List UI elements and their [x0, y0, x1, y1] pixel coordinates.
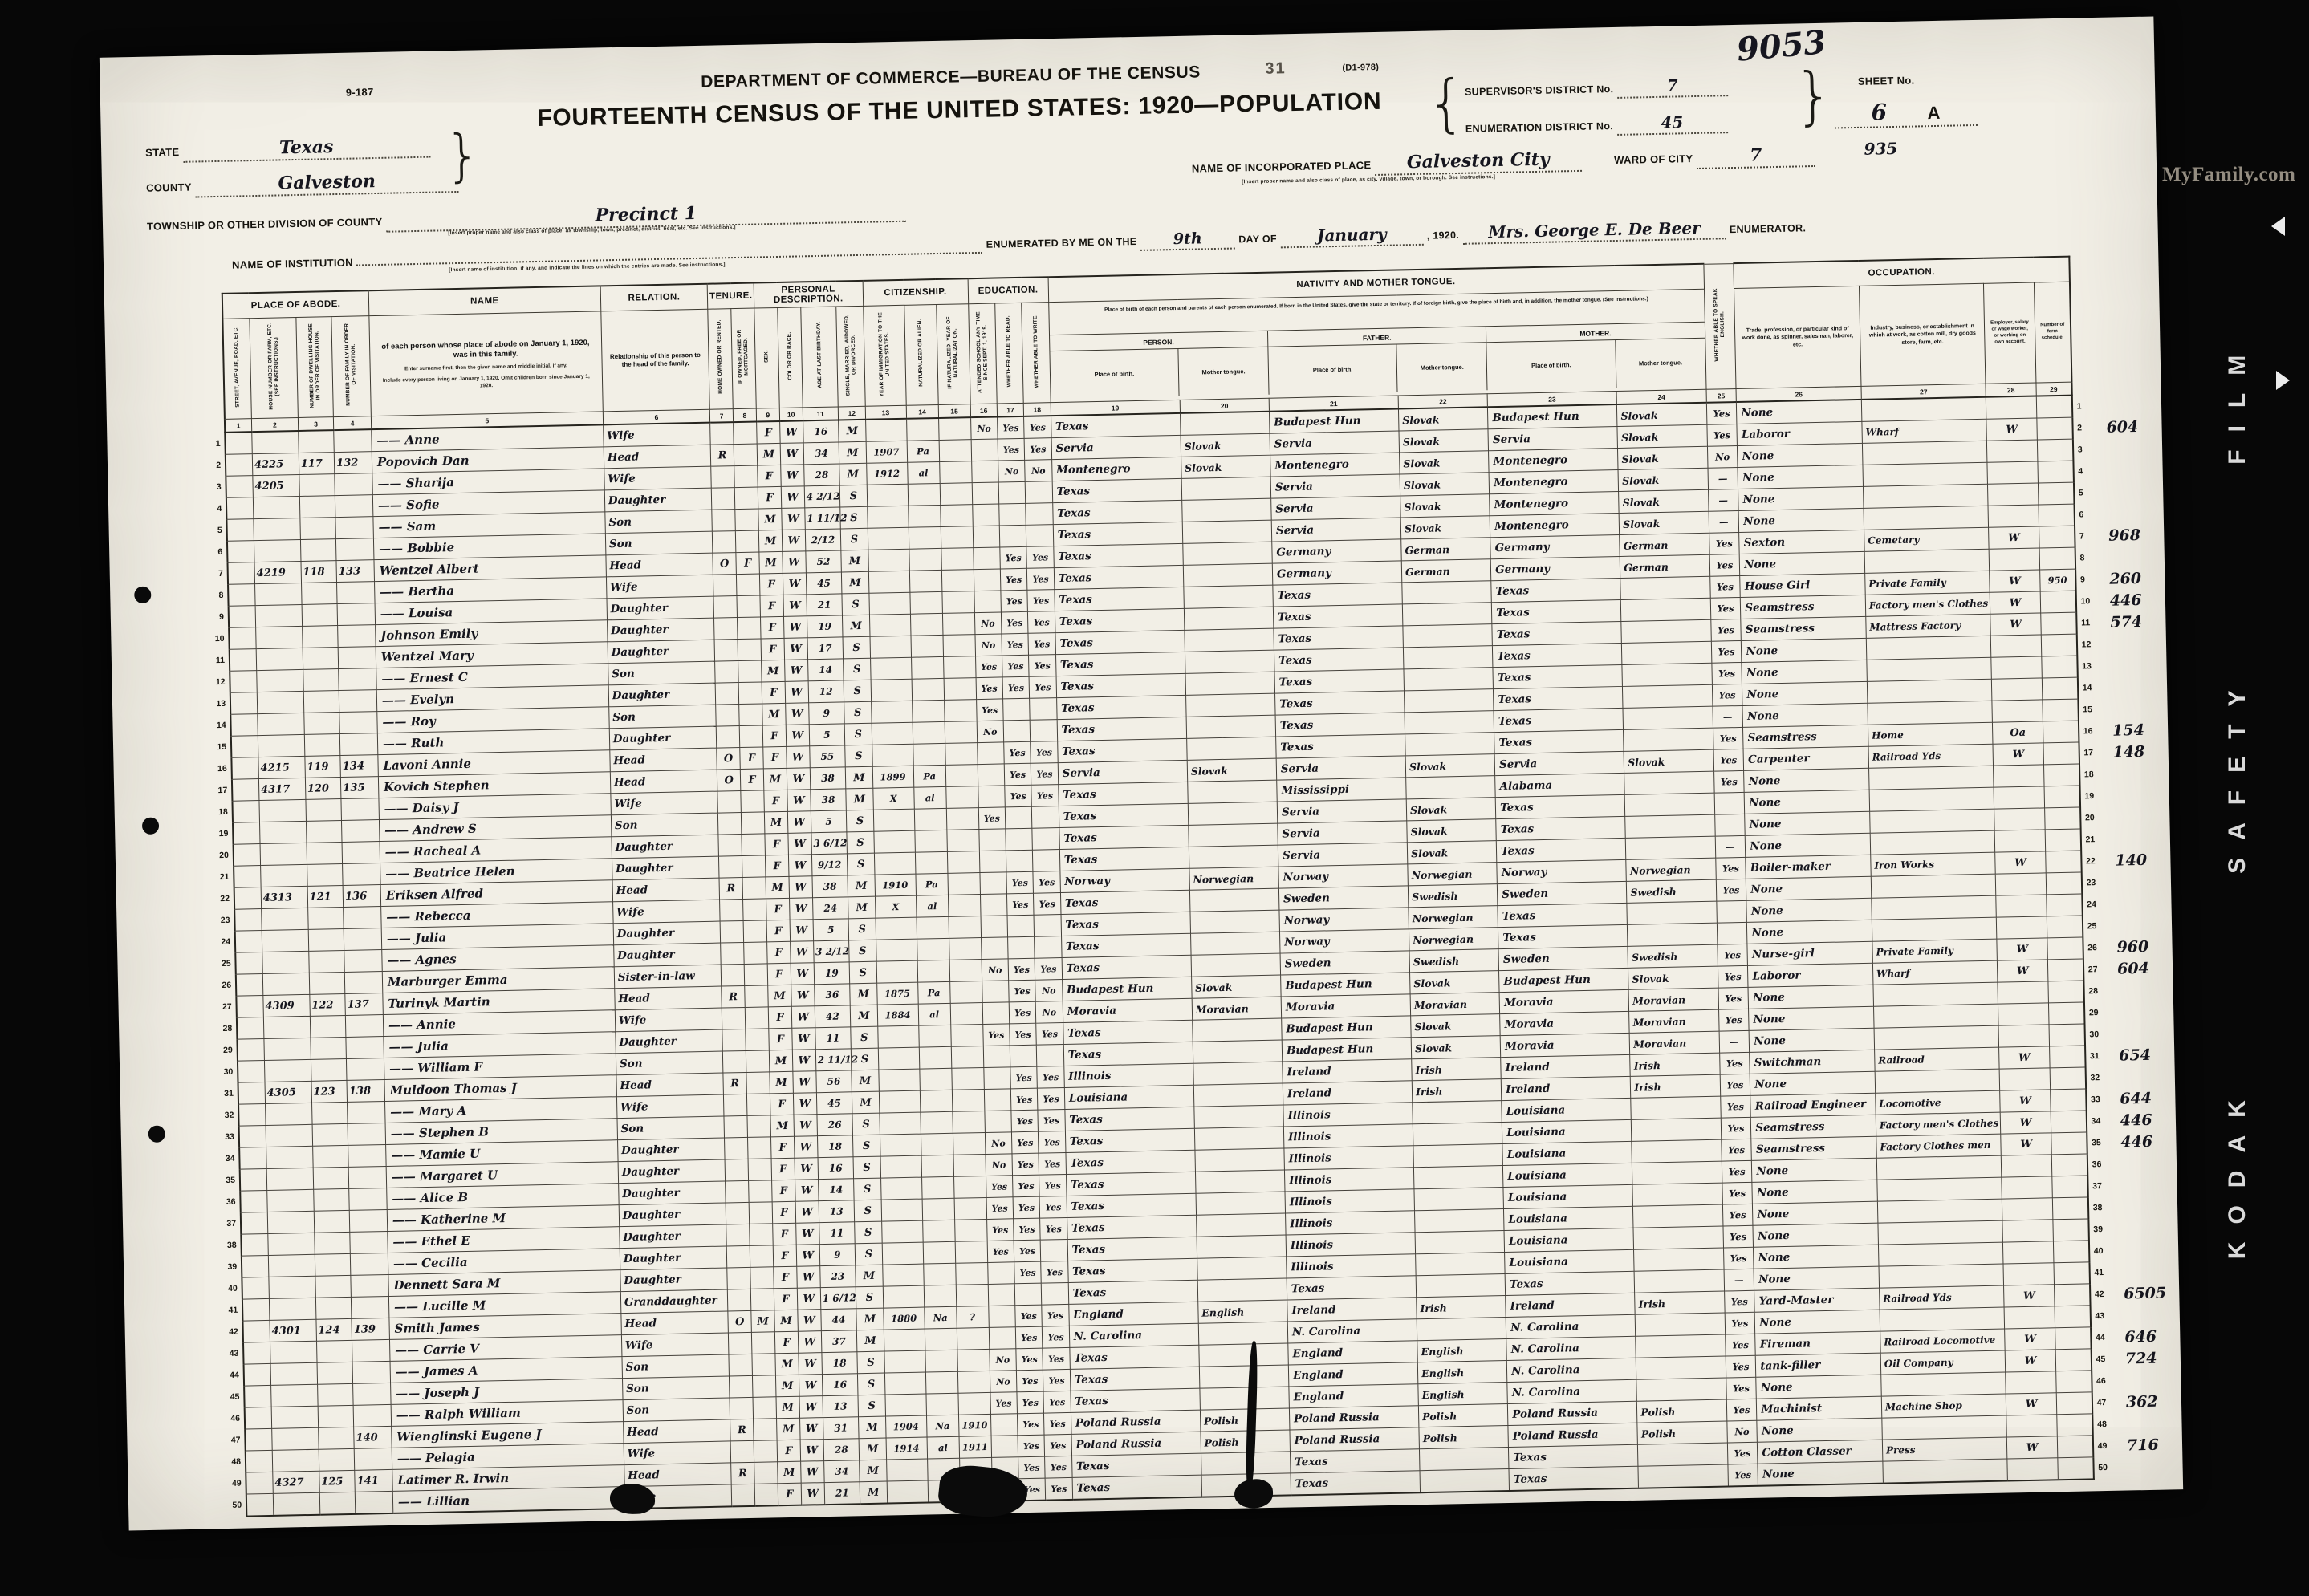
line-number: 50	[222, 1494, 247, 1517]
cell: Texas	[1274, 691, 1405, 715]
cell: Head	[606, 553, 713, 577]
cell: 38	[812, 875, 848, 898]
cell: None	[1756, 1375, 1881, 1399]
margin-handwritten-number	[2107, 784, 2170, 807]
col-industry: Industry, business, or establishment in …	[1859, 283, 1986, 386]
cell: 1910	[958, 1414, 991, 1436]
cell	[745, 1007, 768, 1029]
cell: ?	[956, 1306, 989, 1328]
cell	[880, 1155, 922, 1178]
cell	[911, 635, 944, 657]
cell: Montenegro	[1489, 469, 1619, 493]
cell	[1880, 1307, 2005, 1331]
cell: W	[784, 660, 807, 682]
cell: Sweden	[1498, 881, 1628, 905]
cell: W	[794, 1115, 817, 1137]
cell	[225, 432, 252, 454]
cell: Yes	[1706, 402, 1737, 424]
margin-handwritten-number	[2100, 481, 2164, 504]
margin-handwritten-number: 644	[2112, 1087, 2176, 1111]
cell	[917, 916, 949, 939]
cell	[227, 541, 254, 563]
cell: Switchman	[1750, 1050, 1875, 1074]
cell	[1040, 1239, 1067, 1261]
cell: M	[839, 463, 867, 485]
cell: Yes	[1038, 1110, 1065, 1132]
cell	[882, 1264, 924, 1286]
cell	[1416, 1274, 1506, 1298]
cell	[270, 1362, 317, 1385]
cell: Yes	[1016, 1370, 1043, 1392]
cell	[722, 1029, 746, 1051]
cell: 19	[814, 962, 850, 985]
cell	[306, 821, 342, 843]
cell: Yes	[982, 1024, 1010, 1046]
cell: Daughter	[620, 1268, 728, 1292]
cell	[255, 604, 302, 627]
cell	[231, 757, 258, 780]
cell: Yes	[986, 1197, 1014, 1220]
cell	[738, 682, 762, 705]
cell	[884, 1350, 925, 1373]
cell	[998, 481, 1026, 504]
cell: W	[1993, 743, 2043, 766]
cell	[739, 725, 762, 748]
cell	[1991, 635, 2042, 657]
cell	[988, 1306, 1015, 1328]
cell	[920, 1090, 953, 1112]
cell: S	[848, 853, 875, 875]
cell: W	[2001, 1133, 2051, 1155]
cell	[876, 960, 918, 983]
ink-blob-small	[1234, 1479, 1274, 1509]
cell: England	[1068, 1302, 1198, 1326]
cell	[352, 1339, 390, 1362]
line-number-right: 17	[2079, 741, 2106, 764]
cell: Louisiana	[1502, 1141, 1632, 1165]
cell	[315, 1275, 352, 1298]
cell: Texas	[1494, 708, 1624, 732]
cell: F	[773, 1223, 796, 1245]
cell	[922, 1220, 955, 1242]
cell	[2002, 1176, 2052, 1199]
cell	[745, 985, 768, 1008]
margin-handwritten-number: 140	[2108, 849, 2171, 872]
cell	[1402, 581, 1492, 604]
cell	[942, 591, 975, 614]
cell: W	[792, 1028, 815, 1050]
cell: W	[783, 595, 807, 617]
cell	[241, 1233, 268, 1256]
line-number-right: 21	[2080, 828, 2108, 851]
cell	[244, 1385, 271, 1407]
cell	[1881, 1372, 2006, 1396]
cell	[348, 1166, 386, 1188]
cell: Daughter	[618, 1159, 726, 1184]
cell	[1867, 657, 1992, 681]
cell	[945, 743, 978, 766]
cell: Texas	[1509, 1444, 1639, 1468]
line-number: 1	[200, 433, 226, 455]
cell: 16	[803, 420, 839, 442]
cell	[1405, 689, 1494, 713]
cell	[868, 571, 910, 593]
cell	[1193, 1040, 1283, 1063]
cell: Slovak	[1398, 407, 1488, 431]
cell	[958, 1392, 991, 1415]
stamp-number: 31	[1265, 59, 1287, 79]
line-number: 48	[221, 1451, 246, 1473]
cell	[1193, 1062, 1283, 1085]
cell: 124	[316, 1318, 352, 1341]
cell: Ireland	[1283, 1081, 1413, 1105]
cell	[1194, 1127, 1284, 1150]
cell: W	[796, 1245, 819, 1267]
cell: 16	[822, 1374, 858, 1396]
cell: Texas	[1505, 1271, 1635, 1295]
cell	[1417, 1318, 1506, 1341]
cell	[256, 648, 303, 670]
cell: F	[774, 1331, 798, 1354]
cell: Seamstress	[1741, 595, 1866, 619]
cell	[348, 1102, 385, 1124]
cell	[241, 1212, 268, 1234]
nativity-mother: MOTHER. Place of birth.Mother tongue.	[1486, 323, 1705, 390]
cell	[2048, 1002, 2084, 1025]
brace-left: {	[1426, 72, 1467, 136]
cell	[1864, 506, 1989, 530]
cell	[1635, 1313, 1725, 1336]
cell: None	[1739, 551, 1864, 575]
cell	[1185, 628, 1274, 652]
cell: M	[758, 530, 782, 552]
cell: Yes	[1720, 1074, 1750, 1096]
cell: No	[1035, 1001, 1063, 1024]
cell: Texas	[1066, 1150, 1196, 1174]
line-number: 17	[207, 779, 233, 802]
cell: 2 11/12	[815, 1049, 852, 1071]
cell: Irish	[1417, 1296, 1506, 1319]
cell: Texas	[1509, 1466, 1639, 1491]
margin-handwritten-number	[2102, 546, 2165, 569]
cell: None	[1747, 920, 1872, 944]
cell	[1197, 1257, 1287, 1280]
cell	[722, 1007, 745, 1029]
cell: 122	[310, 993, 346, 1016]
cell: W	[2005, 1328, 2055, 1350]
cell	[2047, 916, 2083, 938]
cell	[721, 942, 744, 965]
col-immigration-year: Year of immigration to the United States…	[863, 305, 906, 406]
cell: 950	[2039, 569, 2075, 591]
cell: M	[850, 983, 877, 1005]
cell	[917, 960, 950, 982]
cell: Yes	[1011, 1131, 1039, 1154]
cell: 1899	[872, 766, 914, 788]
nativity-father: FATHER. Place of birth.Mother tongue.	[1268, 327, 1488, 394]
cell	[266, 1168, 313, 1190]
cell	[1995, 830, 2046, 852]
cell	[718, 835, 742, 857]
group-place-of-abode: PLACE OF ABODE.	[222, 290, 369, 319]
group-citizenship: CITIZENSHIP.	[863, 278, 969, 306]
cell: Norwegian	[1409, 928, 1499, 951]
nativity-person: PERSON. Place of birth.Mother tongue.	[1050, 331, 1270, 399]
cell	[956, 1284, 989, 1306]
col-family-number: Number of family in order of visitation.	[331, 316, 371, 417]
cell	[1882, 1415, 2007, 1440]
cell: No	[982, 959, 1009, 981]
cell: Yes	[1017, 1391, 1044, 1414]
cell: Yes	[1014, 1261, 1042, 1284]
cell: Daughter	[619, 1224, 726, 1249]
cell	[307, 907, 344, 929]
cell	[1032, 806, 1059, 829]
cell: Servia	[1494, 751, 1624, 775]
cell: 34	[803, 442, 839, 465]
cell: 18	[817, 1135, 853, 1158]
cell: Yes	[1709, 575, 1740, 598]
cell	[719, 856, 742, 879]
punch-hole	[134, 587, 151, 603]
cell: Yes	[1029, 676, 1056, 699]
cell	[1621, 619, 1711, 643]
cell: 17	[807, 637, 844, 660]
cell: None	[1750, 1071, 1875, 1095]
cell: Poland Russia	[1290, 1427, 1420, 1452]
line-number: 32	[213, 1104, 239, 1127]
cell	[2058, 1457, 2094, 1480]
cell: Norway	[1279, 929, 1409, 953]
cell	[271, 1384, 318, 1407]
cell: Yes	[1012, 1153, 1039, 1176]
cell: Yes	[1711, 640, 1742, 663]
cell	[238, 1103, 266, 1126]
cell: 5	[813, 919, 849, 941]
cell: Yes	[1713, 770, 1744, 793]
cell: Slovak	[1411, 1014, 1501, 1038]
cell	[1003, 720, 1031, 742]
cell	[944, 678, 977, 701]
cell: Yes	[1044, 1434, 1071, 1456]
cell: No	[985, 1132, 1012, 1155]
cell	[877, 1025, 919, 1048]
cell: 117	[299, 453, 335, 475]
cell: Yes	[998, 416, 1025, 439]
cell	[1992, 700, 2043, 722]
cell: Yard-Master	[1754, 1288, 1880, 1312]
cell	[713, 596, 737, 619]
cell	[349, 1188, 387, 1210]
cell: W	[799, 1353, 822, 1375]
line-number-right: 19	[2079, 785, 2107, 807]
cell	[303, 691, 339, 713]
cell: M	[770, 1115, 794, 1137]
cell	[1414, 1188, 1504, 1211]
cell	[742, 834, 765, 856]
cell: Son	[617, 1116, 725, 1140]
cell: Yes	[1718, 965, 1748, 988]
cell	[1631, 1096, 1721, 1119]
cell: Yes	[1710, 597, 1741, 619]
cell: Texas	[1063, 1042, 1193, 1066]
cell: Moravia	[1500, 1011, 1630, 1035]
cell: Yes	[1039, 1196, 1067, 1218]
cell	[350, 1231, 388, 1253]
cell	[230, 692, 258, 715]
cell	[1863, 484, 1988, 508]
cell	[1866, 636, 1991, 660]
cell	[258, 734, 304, 757]
cell: W	[2000, 1090, 2051, 1112]
cell: Wife	[615, 1008, 722, 1032]
cell: 38	[810, 767, 846, 790]
cell: Factory men's Clothes	[1865, 592, 1990, 616]
cell	[942, 613, 975, 636]
cell: S	[858, 1395, 885, 1417]
sheet-value-line: 6 A	[1834, 97, 1978, 129]
cell: None	[1744, 790, 1869, 814]
cell	[921, 1155, 954, 1177]
cell	[351, 1274, 388, 1297]
cell	[1623, 706, 1713, 729]
cell: Mississippi	[1277, 778, 1407, 802]
cell	[949, 938, 982, 960]
cell	[742, 855, 766, 878]
line-number-right: 50	[2093, 1456, 2120, 1479]
line-number-right: 47	[2092, 1391, 2119, 1414]
cell	[2049, 1024, 2085, 1046]
cell	[2055, 1349, 2092, 1371]
cell	[2047, 959, 2083, 981]
cell	[736, 574, 759, 596]
cell	[1997, 916, 2047, 939]
cell	[1200, 1387, 1290, 1410]
cell: W	[792, 1050, 815, 1072]
cell	[238, 1082, 266, 1104]
cell: German	[1620, 533, 1709, 556]
line-number: 4	[201, 497, 227, 520]
cell: S	[847, 831, 874, 854]
cell	[1185, 650, 1274, 673]
cell: No	[974, 612, 1002, 635]
line-number-right: 15	[2078, 698, 2105, 721]
cell: S	[854, 1178, 881, 1200]
cell: F	[757, 421, 780, 444]
film-marker-triangle	[2276, 371, 2290, 390]
cell: 1884	[877, 1004, 919, 1026]
cell: 45	[806, 572, 842, 595]
cell: Yes	[1721, 1117, 1751, 1139]
cell: W	[1990, 591, 2041, 614]
cell: Yes	[986, 1176, 1013, 1198]
cell	[1189, 845, 1278, 868]
cell	[253, 496, 299, 518]
cell: M	[764, 811, 787, 834]
cell	[955, 1262, 988, 1285]
page-handwritten-number: 9053	[1735, 23, 1827, 69]
cell	[882, 1242, 924, 1265]
cell: Sweden	[1280, 951, 1410, 975]
cell: Norwegian	[1408, 863, 1498, 886]
cell: None	[1753, 1201, 1878, 1225]
line-number-right: 38	[2087, 1196, 2115, 1219]
cell	[721, 964, 744, 986]
cell	[751, 1332, 774, 1354]
line-number: 10	[204, 627, 230, 650]
cell	[246, 1450, 273, 1472]
cell: Montenegro	[1490, 491, 1620, 515]
cell: Wharf	[1872, 960, 1998, 985]
cell	[2038, 482, 2074, 505]
cell	[354, 1448, 392, 1470]
col-marital-status: Single, married, widowed, or divorced.	[836, 306, 865, 407]
cell: al	[927, 1436, 960, 1459]
cell: Daughter	[607, 618, 714, 642]
cell: Yes	[976, 677, 1003, 700]
cell: Yes	[1039, 1174, 1067, 1196]
cell	[911, 656, 944, 679]
cell	[2051, 1111, 2087, 1133]
cell: Illinois	[1287, 1254, 1417, 1278]
cell	[879, 1112, 921, 1135]
cell: S	[844, 658, 871, 680]
cell: Son	[616, 1051, 723, 1075]
cell	[951, 1046, 984, 1069]
cell: None	[1758, 1461, 1883, 1486]
cell	[238, 1061, 265, 1083]
cell	[950, 1003, 983, 1025]
margin-handwritten-number: 604	[2099, 416, 2162, 439]
line-number: 30	[213, 1061, 238, 1083]
cell: R	[723, 1072, 746, 1094]
cell: Private Family	[1872, 939, 1998, 963]
cell	[718, 813, 742, 835]
cell: None	[1742, 638, 1867, 662]
cell: Poland Russia	[1508, 1401, 1638, 1425]
cell	[239, 1147, 266, 1169]
cell: W	[781, 486, 804, 509]
cell	[713, 575, 737, 597]
cell	[953, 1111, 986, 1134]
cell: Louisiana	[1503, 1163, 1633, 1187]
cell	[234, 887, 262, 910]
form-code: (D1-978)	[1342, 63, 1379, 73]
cell: Texas	[1071, 1453, 1201, 1477]
cell	[868, 549, 909, 571]
cell	[263, 1016, 310, 1038]
cell	[335, 473, 372, 496]
line-number-right: 18	[2079, 763, 2107, 786]
cell: Slovak	[1400, 516, 1490, 539]
cell	[873, 830, 915, 853]
line-number-right: 46	[2092, 1370, 2119, 1392]
cell	[1413, 1144, 1503, 1168]
group-relation: RELATION.	[600, 284, 708, 311]
col-street: Street, avenue, road, etc.	[223, 319, 252, 420]
cell: Servia	[1051, 435, 1181, 459]
cell	[729, 1354, 752, 1376]
cell: Slovak	[1406, 798, 1496, 821]
cell: 23	[819, 1265, 856, 1288]
line-number: 15	[206, 736, 232, 758]
cell	[1198, 1322, 1288, 1345]
cell: Yes	[1002, 676, 1030, 699]
cell	[1988, 505, 2039, 527]
cell: Yes	[1031, 763, 1059, 786]
cell: Son	[605, 510, 713, 534]
cell	[1183, 563, 1273, 587]
